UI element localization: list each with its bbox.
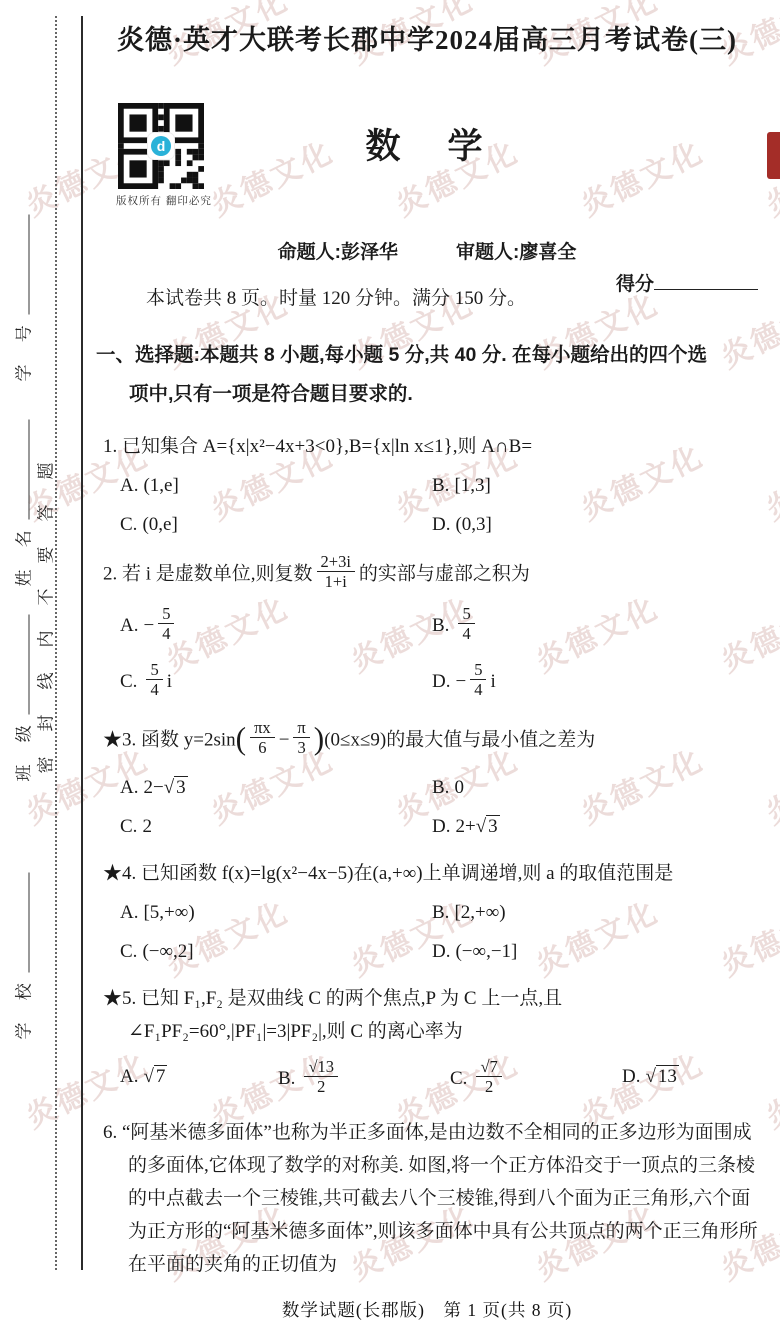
question-1-options: A.(1,e] B.[1,3] C.(0,e] D.(0,3] bbox=[120, 469, 758, 541]
student-id-label: 学 号 bbox=[15, 316, 34, 381]
question-1-stem: 1. 已知集合 A={x|x²−4x+3<0},B={x|ln x≤1},则 A… bbox=[128, 430, 758, 463]
score-blank-line bbox=[654, 273, 758, 290]
option-a: A.(1,e] bbox=[120, 469, 432, 502]
question-2: 2. 若 i 是虚数单位,则复数2+3i1+i的实部与虚部之积为 A.−54 B… bbox=[128, 555, 758, 703]
option-b: B.0 bbox=[432, 771, 758, 804]
school-label: 学 校 bbox=[15, 974, 34, 1039]
question-6-stem: 6. “阿基米德多面体”也称为半正多面体,是由边数不全相同的正多边形为面围成的多… bbox=[128, 1116, 758, 1281]
question-5-options: A.√7 B.√132 C.√72 D.√13 bbox=[120, 1060, 758, 1100]
setter-name: 命题人:彭泽华 bbox=[278, 242, 398, 263]
fill-in-line bbox=[15, 419, 30, 519]
exam-page: 炎德文化炎德文化炎德文化炎德文化炎德文化炎德文化炎德文化炎德文化炎德文化炎德文化… bbox=[0, 0, 780, 1344]
option-c: C.2 bbox=[120, 810, 432, 843]
option-b: B.54 bbox=[432, 607, 758, 647]
reviewer-name: 审题人:廖喜全 bbox=[456, 242, 576, 263]
option-d: D.√13 bbox=[622, 1060, 758, 1100]
option-d: D.−54i bbox=[432, 663, 758, 703]
option-c: C.54i bbox=[120, 663, 432, 703]
exam-title: 炎德·英才大联考长郡中学2024届高三月考试卷(三) bbox=[96, 18, 758, 57]
question-4: ★4. 已知函数 f(x)=lg(x²−4x−5)在(a,+∞)上单调递增,则 … bbox=[128, 857, 758, 968]
option-c: C.(−∞,2] bbox=[120, 935, 432, 968]
option-a: A.−54 bbox=[120, 607, 432, 647]
question-3: ★3. 函数 y=2sin(πx6−π3)(0≤x≤9)的最大值与最小值之差为 … bbox=[128, 721, 758, 843]
section-1-heading: 一、选择题:本题共 8 小题,每小题 5 分,共 40 分. 在每小题给出的四个… bbox=[96, 336, 758, 414]
option-d: D.2+√3 bbox=[432, 810, 758, 843]
seal-line-warning: 密封线内不要答题 bbox=[32, 442, 57, 774]
question-1: 1. 已知集合 A={x|x²−4x+3<0},B={x|ln x≤1},则 A… bbox=[128, 430, 758, 541]
page-footer: 数学试题(长郡版) 第 1 页(共 8 页) bbox=[96, 1297, 758, 1322]
question-5-stem: ★5. 已知 F₁,F₂ 是双曲线 C 的两个焦点,P 为 C 上一点,且∠F₁… bbox=[128, 982, 758, 1048]
option-a: A.√7 bbox=[120, 1060, 278, 1100]
option-a: A.2−√3 bbox=[120, 771, 432, 804]
watermark-text: 炎德文化 bbox=[757, 431, 780, 528]
fill-in-line bbox=[15, 872, 30, 972]
authors-line: 命题人:彭泽华审题人:廖喜全 bbox=[96, 237, 758, 264]
watermark-text: 炎德文化 bbox=[757, 1039, 780, 1136]
question-6: 6. “阿基米德多面体”也称为半正多面体,是由边数不全相同的正多边形为面围成的多… bbox=[128, 1116, 758, 1281]
question-4-options: A.[5,+∞) B.[2,+∞) C.(−∞,2] D.(−∞,−1] bbox=[120, 896, 758, 968]
option-d: D.(−∞,−1] bbox=[432, 935, 758, 968]
student-id-field: 学 号 bbox=[10, 222, 35, 382]
question-3-options: A.2−√3 B.0 C.2 D.2+√3 bbox=[120, 771, 758, 843]
question-5: ★5. 已知 F₁,F₂ 是双曲线 C 的两个焦点,P 为 C 上一点,且∠F₁… bbox=[128, 982, 758, 1100]
school-field: 学 校 bbox=[10, 880, 35, 1040]
score-row: 得分 bbox=[616, 269, 758, 296]
option-c: C.√72 bbox=[450, 1060, 622, 1100]
question-2-stem: 2. 若 i 是虚数单位,则复数2+3i1+i的实部与虚部之积为 bbox=[128, 555, 758, 595]
scroll-indicator[interactable] bbox=[767, 132, 780, 179]
option-c: C.(0,e] bbox=[120, 508, 432, 541]
seal-solid-line bbox=[81, 16, 83, 1270]
section-1-heading-line1: 一、选择题:本题共 8 小题,每小题 5 分,共 40 分. 在每小题给出的四个… bbox=[129, 336, 758, 375]
paper-header: d 版权所有 翻印必究 数 学 命题人:彭泽华审题人:廖喜全 得分 bbox=[96, 57, 758, 269]
question-2-options: A.−54 B.54 C.54i D.−54i bbox=[120, 607, 758, 703]
score-label: 得分 bbox=[616, 274, 654, 295]
question-3-stem: ★3. 函数 y=2sin(πx6−π3)(0≤x≤9)的最大值与最小值之差为 bbox=[128, 721, 758, 761]
fill-in-line bbox=[15, 614, 30, 714]
option-a: A.[5,+∞) bbox=[120, 896, 432, 929]
copyright-caption: 版权所有 翻印必究 bbox=[116, 193, 206, 208]
paper-content: 炎德·英才大联考长郡中学2024届高三月考试卷(三) d 版权所有 翻印必究 数… bbox=[96, 18, 758, 1281]
question-4-stem: ★4. 已知函数 f(x)=lg(x²−4x−5)在(a,+∞)上单调递增,则 … bbox=[128, 857, 758, 890]
option-d: D.(0,3] bbox=[432, 508, 758, 541]
option-b: B.√132 bbox=[278, 1060, 450, 1100]
fill-in-line bbox=[15, 214, 30, 314]
seal-dotted-line bbox=[55, 16, 57, 1270]
subject-title: 数 学 bbox=[96, 119, 758, 169]
option-b: B.[2,+∞) bbox=[432, 896, 758, 929]
watermark-text: 炎德文化 bbox=[757, 735, 780, 832]
section-1-heading-line2: 项中,只有一项是符合题目要求的. bbox=[129, 375, 758, 414]
option-b: B.[1,3] bbox=[432, 469, 758, 502]
